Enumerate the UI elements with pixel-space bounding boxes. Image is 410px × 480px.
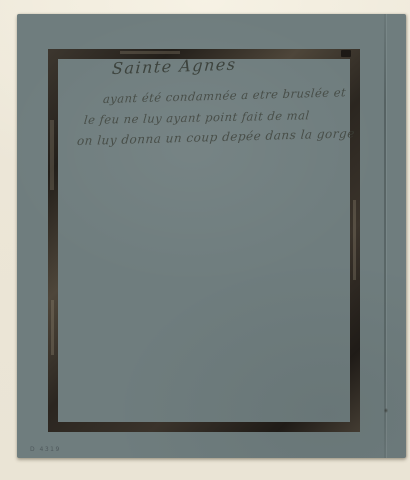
ink-speck xyxy=(384,408,388,413)
frame-corner-ink-blot xyxy=(341,50,351,57)
paper-crease-line xyxy=(384,14,386,458)
drawn-border-frame xyxy=(48,49,360,432)
frame-wear-streak xyxy=(120,51,180,54)
frame-wear-streak xyxy=(50,120,54,190)
scanned-document: Sainte Agnes ayant été condamnée a etre … xyxy=(0,0,410,480)
frame-wear-streak xyxy=(51,300,54,355)
inventory-inscription: D 4319 xyxy=(30,446,61,453)
frame-wear-streak xyxy=(353,200,356,280)
